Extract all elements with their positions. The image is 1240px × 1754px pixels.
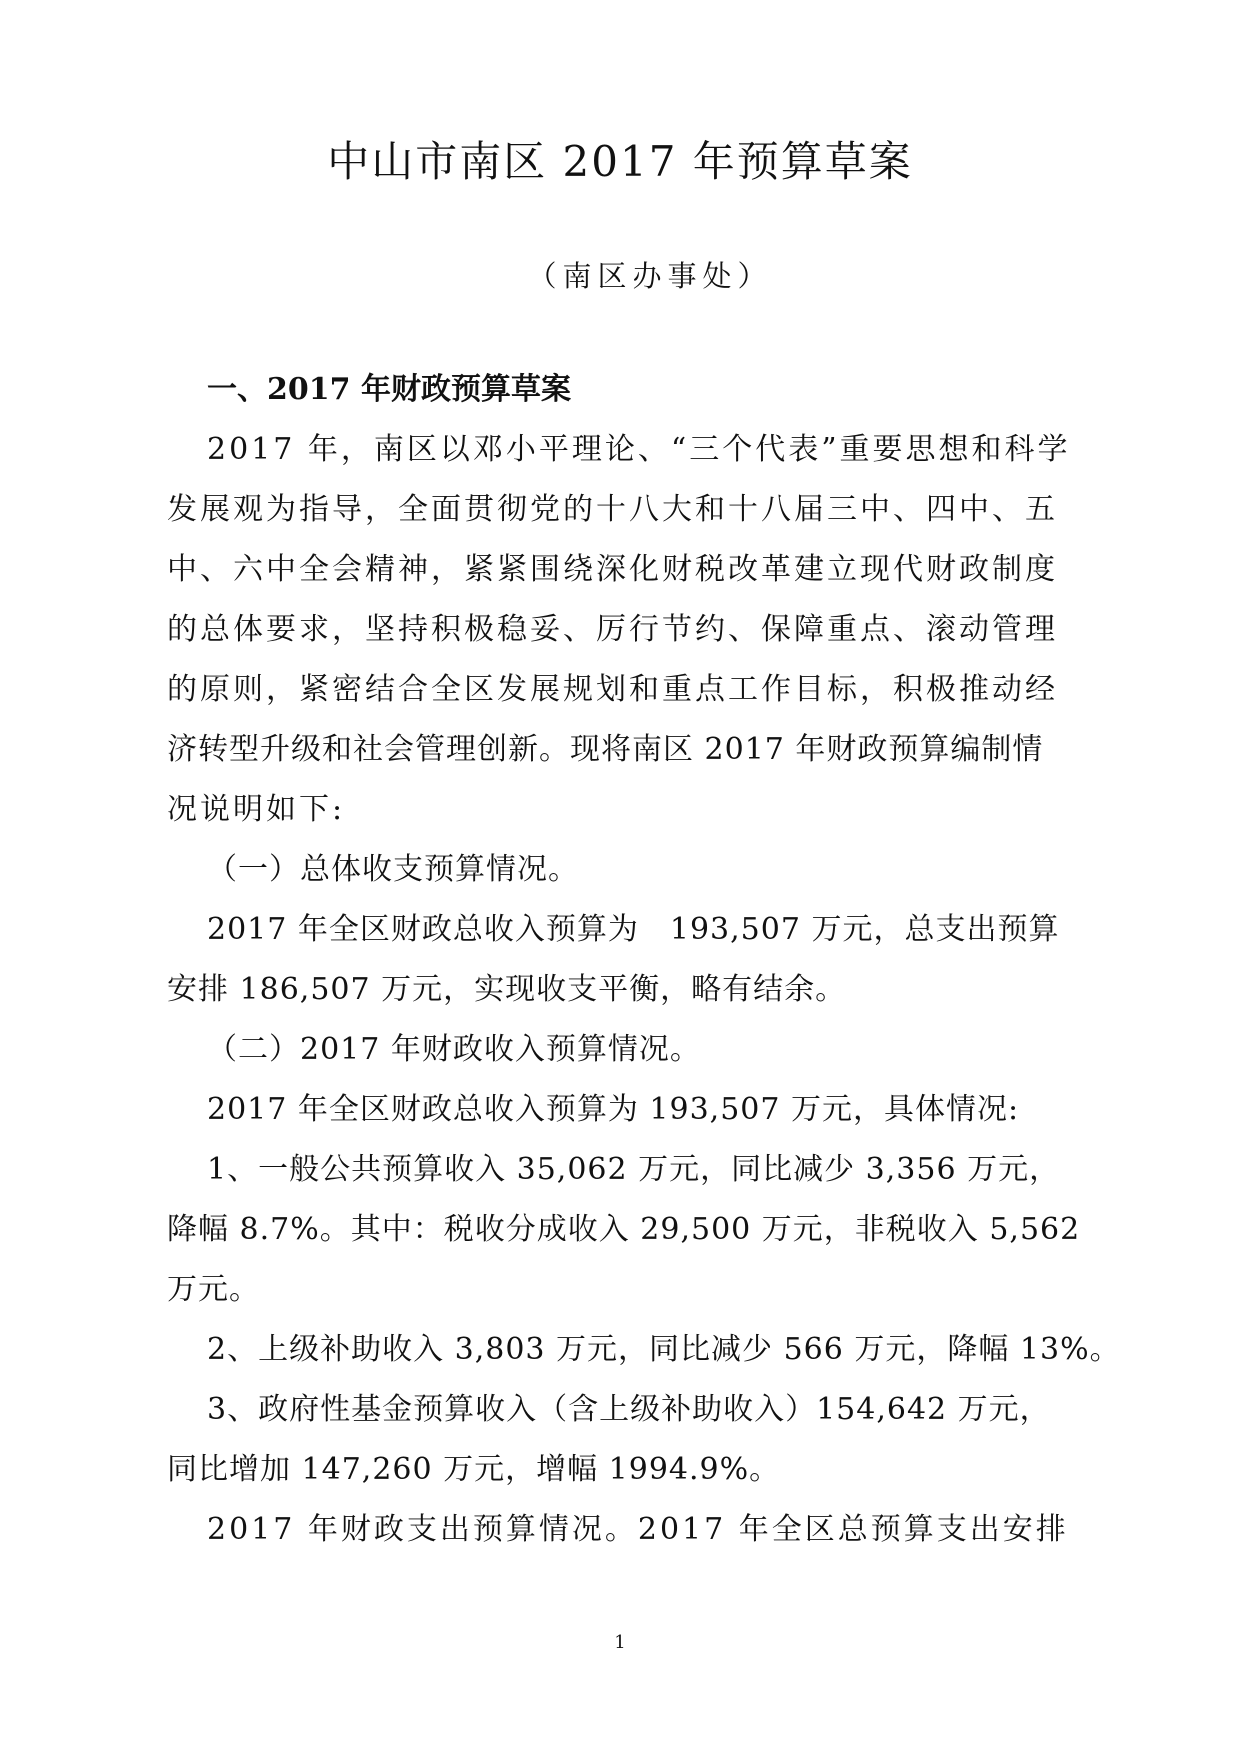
list-item-line: 降幅 8.7%。其中：税收分成收入 29,500 万元，非税收入 5,562 — [167, 1200, 959, 1260]
list-item-line: 2、上级补助收入 3,803 万元，同比减少 566 万元，降幅 13%。 — [167, 1320, 959, 1380]
list-item-line: 万元。 — [167, 1260, 959, 1320]
list-item-line: 1、一般公共预算收入 35,062 万元，同比减少 3,356 万元， — [167, 1140, 959, 1200]
subsection-heading: （一）总体收支预算情况。 — [167, 840, 959, 900]
section-heading: 一、2017 年财政预算草案 — [167, 360, 959, 420]
subsection-heading: （二）2017 年财政收入预算情况。 — [167, 1020, 959, 1080]
paragraph-line: 2017 年全区财政总收入预算为 193,507 万元，总支出预算 — [167, 900, 959, 960]
page-number: 1 — [0, 1632, 1240, 1653]
document-page: 中山市南区 2017 年预算草案 （南区办事处） 一、2017 年财政预算草案 … — [0, 0, 1240, 1754]
document-subtitle: （南区办事处） — [0, 256, 1240, 296]
paragraph-line: 2017 年全区财政总收入预算为 193,507 万元，具体情况: — [167, 1080, 959, 1140]
paragraph-line: 发展观为指导，全面贯彻党的十八大和十八届三中、四中、五 — [167, 480, 959, 540]
paragraph-line: 况说明如下: — [167, 780, 959, 840]
paragraph-line: 的总体要求，坚持积极稳妥、厉行节约、保障重点、滚动管理 — [167, 600, 959, 660]
document-title: 中山市南区 2017 年预算草案 — [0, 136, 1240, 188]
paragraph-line: 2017 年财政支出预算情况。2017 年全区总预算支出安排 — [167, 1500, 959, 1560]
paragraph-line: 济转型升级和社会管理创新。现将南区 2017 年财政预算编制情 — [167, 720, 959, 780]
paragraph-line: 安排 186,507 万元，实现收支平衡，略有结余。 — [167, 960, 959, 1020]
list-item-line: 同比增加 147,260 万元，增幅 1994.9%。 — [167, 1440, 959, 1500]
list-item-line: 3、政府性基金预算收入（含上级补助收入）154,642 万元， — [167, 1380, 959, 1440]
paragraph-line: 2017 年，南区以邓小平理论、“三个代表”重要思想和科学 — [167, 420, 959, 480]
paragraph-line: 中、六中全会精神，紧紧围绕深化财税改革建立现代财政制度 — [167, 540, 959, 600]
paragraph-line: 的原则，紧密结合全区发展规划和重点工作目标，积极推动经 — [167, 660, 959, 720]
document-body: 一、2017 年财政预算草案 2017 年，南区以邓小平理论、“三个代表”重要思… — [167, 360, 959, 1560]
